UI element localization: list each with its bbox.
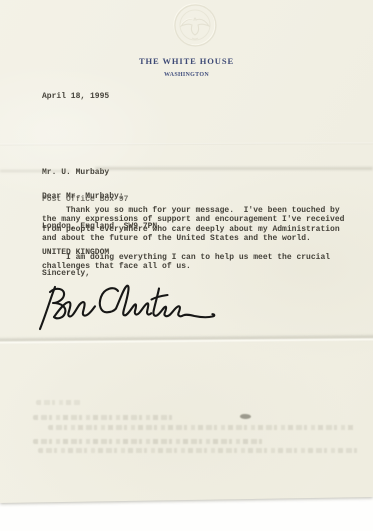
scanned-letter: THE WHITE HOUSE WASHINGTON April 18, 199… (0, 0, 373, 531)
presidential-seal-icon (172, 2, 218, 48)
bleedthrough-artifact (38, 448, 358, 453)
letterhead-title: THE WHITE HOUSE (0, 56, 373, 66)
letterhead-city: WASHINGTON (0, 72, 373, 78)
fold-crease-lower-shadow (0, 335, 373, 341)
bleedthrough-artifact (36, 400, 81, 405)
fold-crease-upper (0, 142, 373, 145)
signature (34, 278, 219, 336)
bleedthrough-artifact (48, 425, 355, 430)
address-line-name: Mr. U. Murbaby (42, 169, 157, 178)
paper: THE WHITE HOUSE WASHINGTON April 18, 199… (0, 0, 373, 531)
closing: Sincerely, (42, 269, 90, 278)
bleedthrough-artifact (33, 415, 173, 420)
letter-body: Thank you so much for your message. I've… (42, 206, 344, 272)
paper-shadow: THE WHITE HOUSE WASHINGTON April 18, 199… (0, 0, 373, 531)
bleedthrough-artifact (33, 439, 264, 444)
date-line: April 18, 1995 (42, 92, 109, 101)
salutation: Dear Mr. Murbaby: (42, 192, 124, 201)
ink-smudge (240, 414, 251, 419)
fold-crease-lower-highlight (0, 338, 373, 343)
